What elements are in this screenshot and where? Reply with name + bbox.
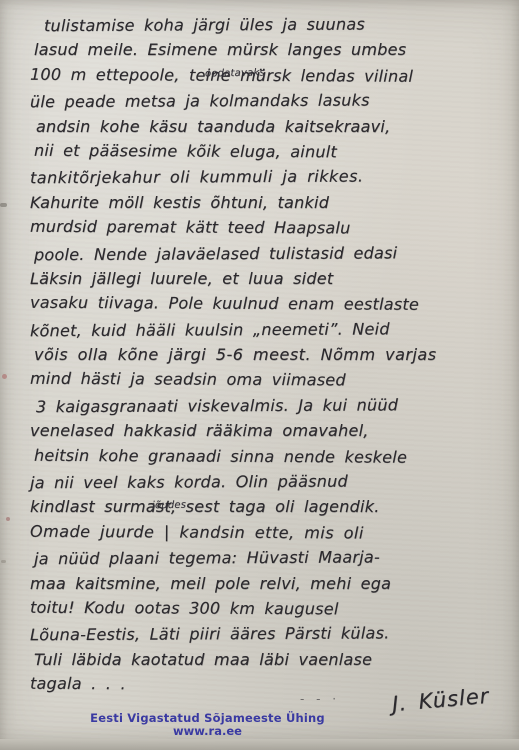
manuscript-line: toitu! Kodu ootas 300 km kaugusel [30,595,510,623]
manuscript-line: tulistamise koha järgi üles ja suunas [30,11,510,39]
scan-edge [0,739,519,750]
manuscript-line: üle peade metsa ja kolmandaks lasuks [30,87,510,115]
manuscript-line: vasaku tiivaga. Pole kuulnud enam eestla… [30,290,510,318]
manuscript-line: Lõuna-Eestis, Läti piiri ääres Pärsti kü… [30,620,510,648]
manuscript-line: võis olla kõne järgi 5-6 meest. Nõmm var… [34,342,510,367]
manuscript-line: ja nüüd plaani tegema: Hüvasti Maarja- [34,544,510,572]
manuscript-line: 3 kaigasgranaati viskevalmis. Ja kui nüü… [30,392,510,420]
manuscript-line: Kahurite möll kestis õhtuni, tankid [30,190,510,215]
manuscript-line: andsin kohe käsu taanduda kaitsekraavi, [30,114,510,139]
paper-speck [6,517,10,521]
manuscript-line: poole. Nende jalaväelased tulistasid eda… [34,239,510,267]
manuscript-line: lasud meile. Esimene mürsk langes umbes [34,37,510,62]
inserted-word: jõudes [152,500,186,512]
stamp-organization: Eesti Vigastatud Sõjameeste Ühing [85,711,330,725]
inserted-word: oodatavaks [205,67,265,79]
ink-marks: - - · [300,692,340,706]
manuscript-line: kõnet, kuid hääli kuulsin „neemeti”. Nei… [30,315,510,343]
manuscript-line: nii et pääsesime kõik eluga, ainult [34,138,510,166]
stamp-url: www.ra.ee [85,725,330,738]
paper-speck [1,560,6,563]
paper-speck [2,374,7,379]
manuscript-line: ja nii veel kaks korda. Olin pääsnud [30,468,510,496]
manuscript-line: kindlast surmast, sest taga oli lagendik… [30,494,510,519]
archive-stamp: Eesti Vigastatud Sõjameeste Ühing www.ra… [85,711,330,738]
manuscript-line: Läksin jällegi luurele, et luua sidet [30,266,510,291]
paper-speck [0,203,7,207]
manuscript-line: mind hästi ja seadsin oma viimased [30,366,510,394]
manuscript-line: 100 m ettepoole, teine mürsk lendas vili… [30,62,510,90]
manuscript-line: venelased hakkasid rääkima omavahel, [30,418,510,443]
manuscript-line: heitsin kohe granaadi sinna nende keskel… [34,442,510,470]
manuscript-line: Omade juurde | kandsin ette, mis oli [30,519,510,547]
manuscript-text: tulistamise koha järgi üles ja suunas la… [30,12,510,698]
manuscript-line: tankitõrjekahur oli kummuli ja rikkes. [30,163,510,191]
manuscript-line: Tuli läbida kaotatud maa läbi vaenlase [34,647,510,672]
manuscript-line: murdsid paremat kätt teed Haapsalu [30,214,510,242]
manuscript-line: maa kaitsmine, meil pole relvi, mehi ega [30,571,510,596]
manuscript-page: tulistamise koha järgi üles ja suunas la… [0,0,519,750]
